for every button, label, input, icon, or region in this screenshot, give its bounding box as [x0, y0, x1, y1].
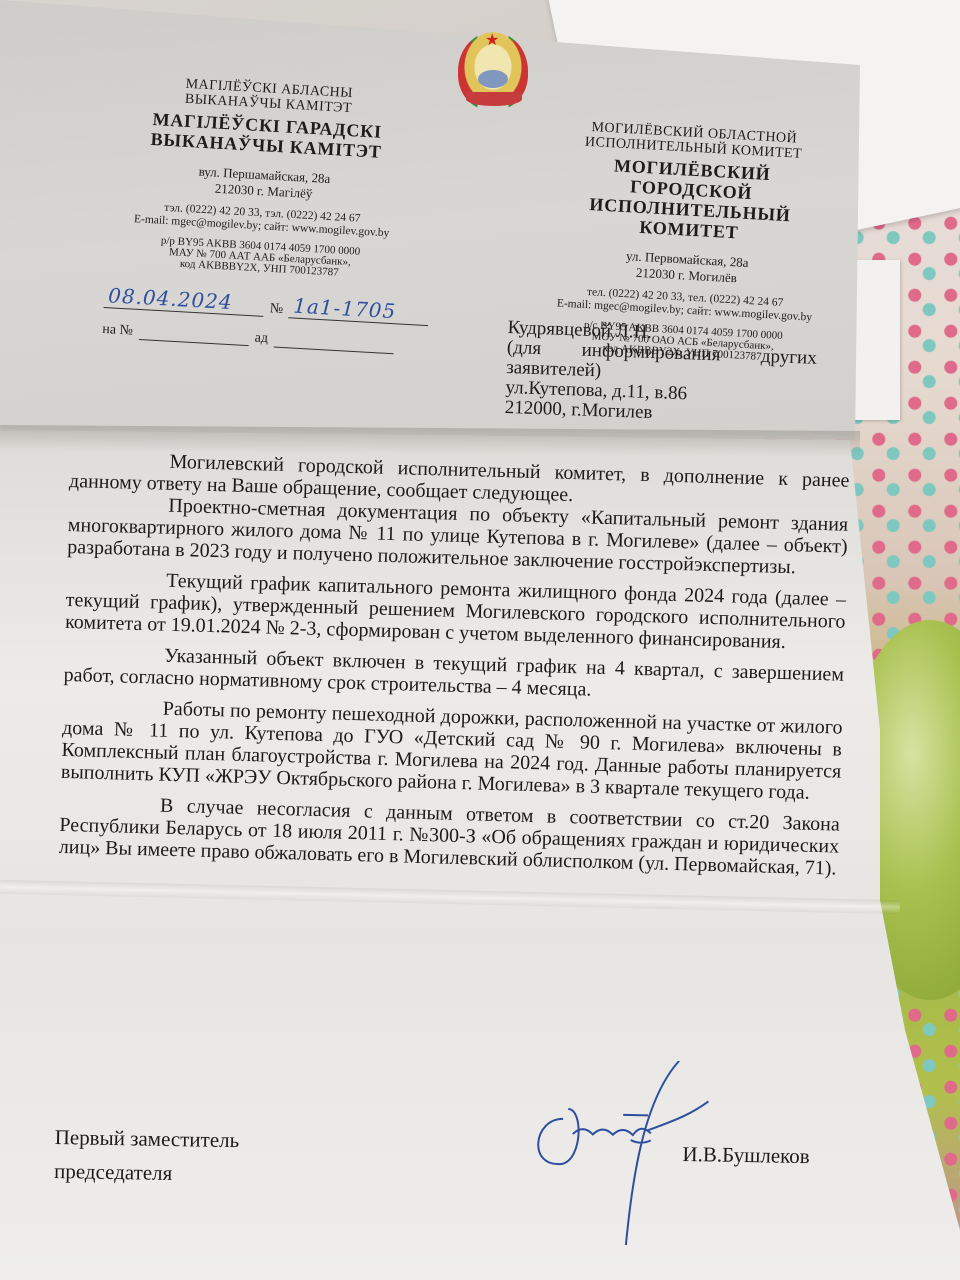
- handwritten-date: 08.04.2024: [108, 283, 234, 314]
- signatory-position: Первый заместитель председателя: [54, 1120, 240, 1191]
- reference-label: на №: [102, 322, 133, 340]
- emblem-ribbon-icon: [466, 92, 522, 106]
- letter-body: Могилевский городской исполнительный ком…: [58, 448, 849, 889]
- paragraph-schedule: Текущий график капитального ремонта жили…: [65, 567, 847, 655]
- emblem-star-icon: ★: [485, 30, 499, 50]
- letterhead-belarusian: МАГІЛЁЎСКІ АБЛАСНЫ ВЫКАНАЎЧЫ КАМІТЭТ МАГ…: [89, 72, 439, 284]
- recipient-address: Кудрявцевой Л.Н. (для информирования дру…: [505, 318, 818, 429]
- handwritten-number: 1а1-1705: [293, 294, 397, 324]
- reference-from-label: ад: [254, 330, 268, 347]
- paragraph-appeal-rights: В случае несогласия с данным ответом в с…: [59, 792, 841, 880]
- signatory-name: И.В.Бушлеков: [682, 1137, 810, 1173]
- paragraph-footpath: Работы по ремонту пешеходной дорожки, ра…: [61, 695, 843, 805]
- city-committee-title-ru: МОГИЛЁВСКИЙ ГОРОДСКОЙ ИСПОЛНИТЕЛЬНЫЙ КОМ…: [549, 152, 833, 248]
- number-label: №: [269, 301, 283, 318]
- emblem-globe-icon: [478, 70, 508, 88]
- number-field: 1а1-1705: [289, 299, 430, 326]
- address-ru: ул. Первомайская, 28а 212030 г. Могилёв: [546, 244, 827, 292]
